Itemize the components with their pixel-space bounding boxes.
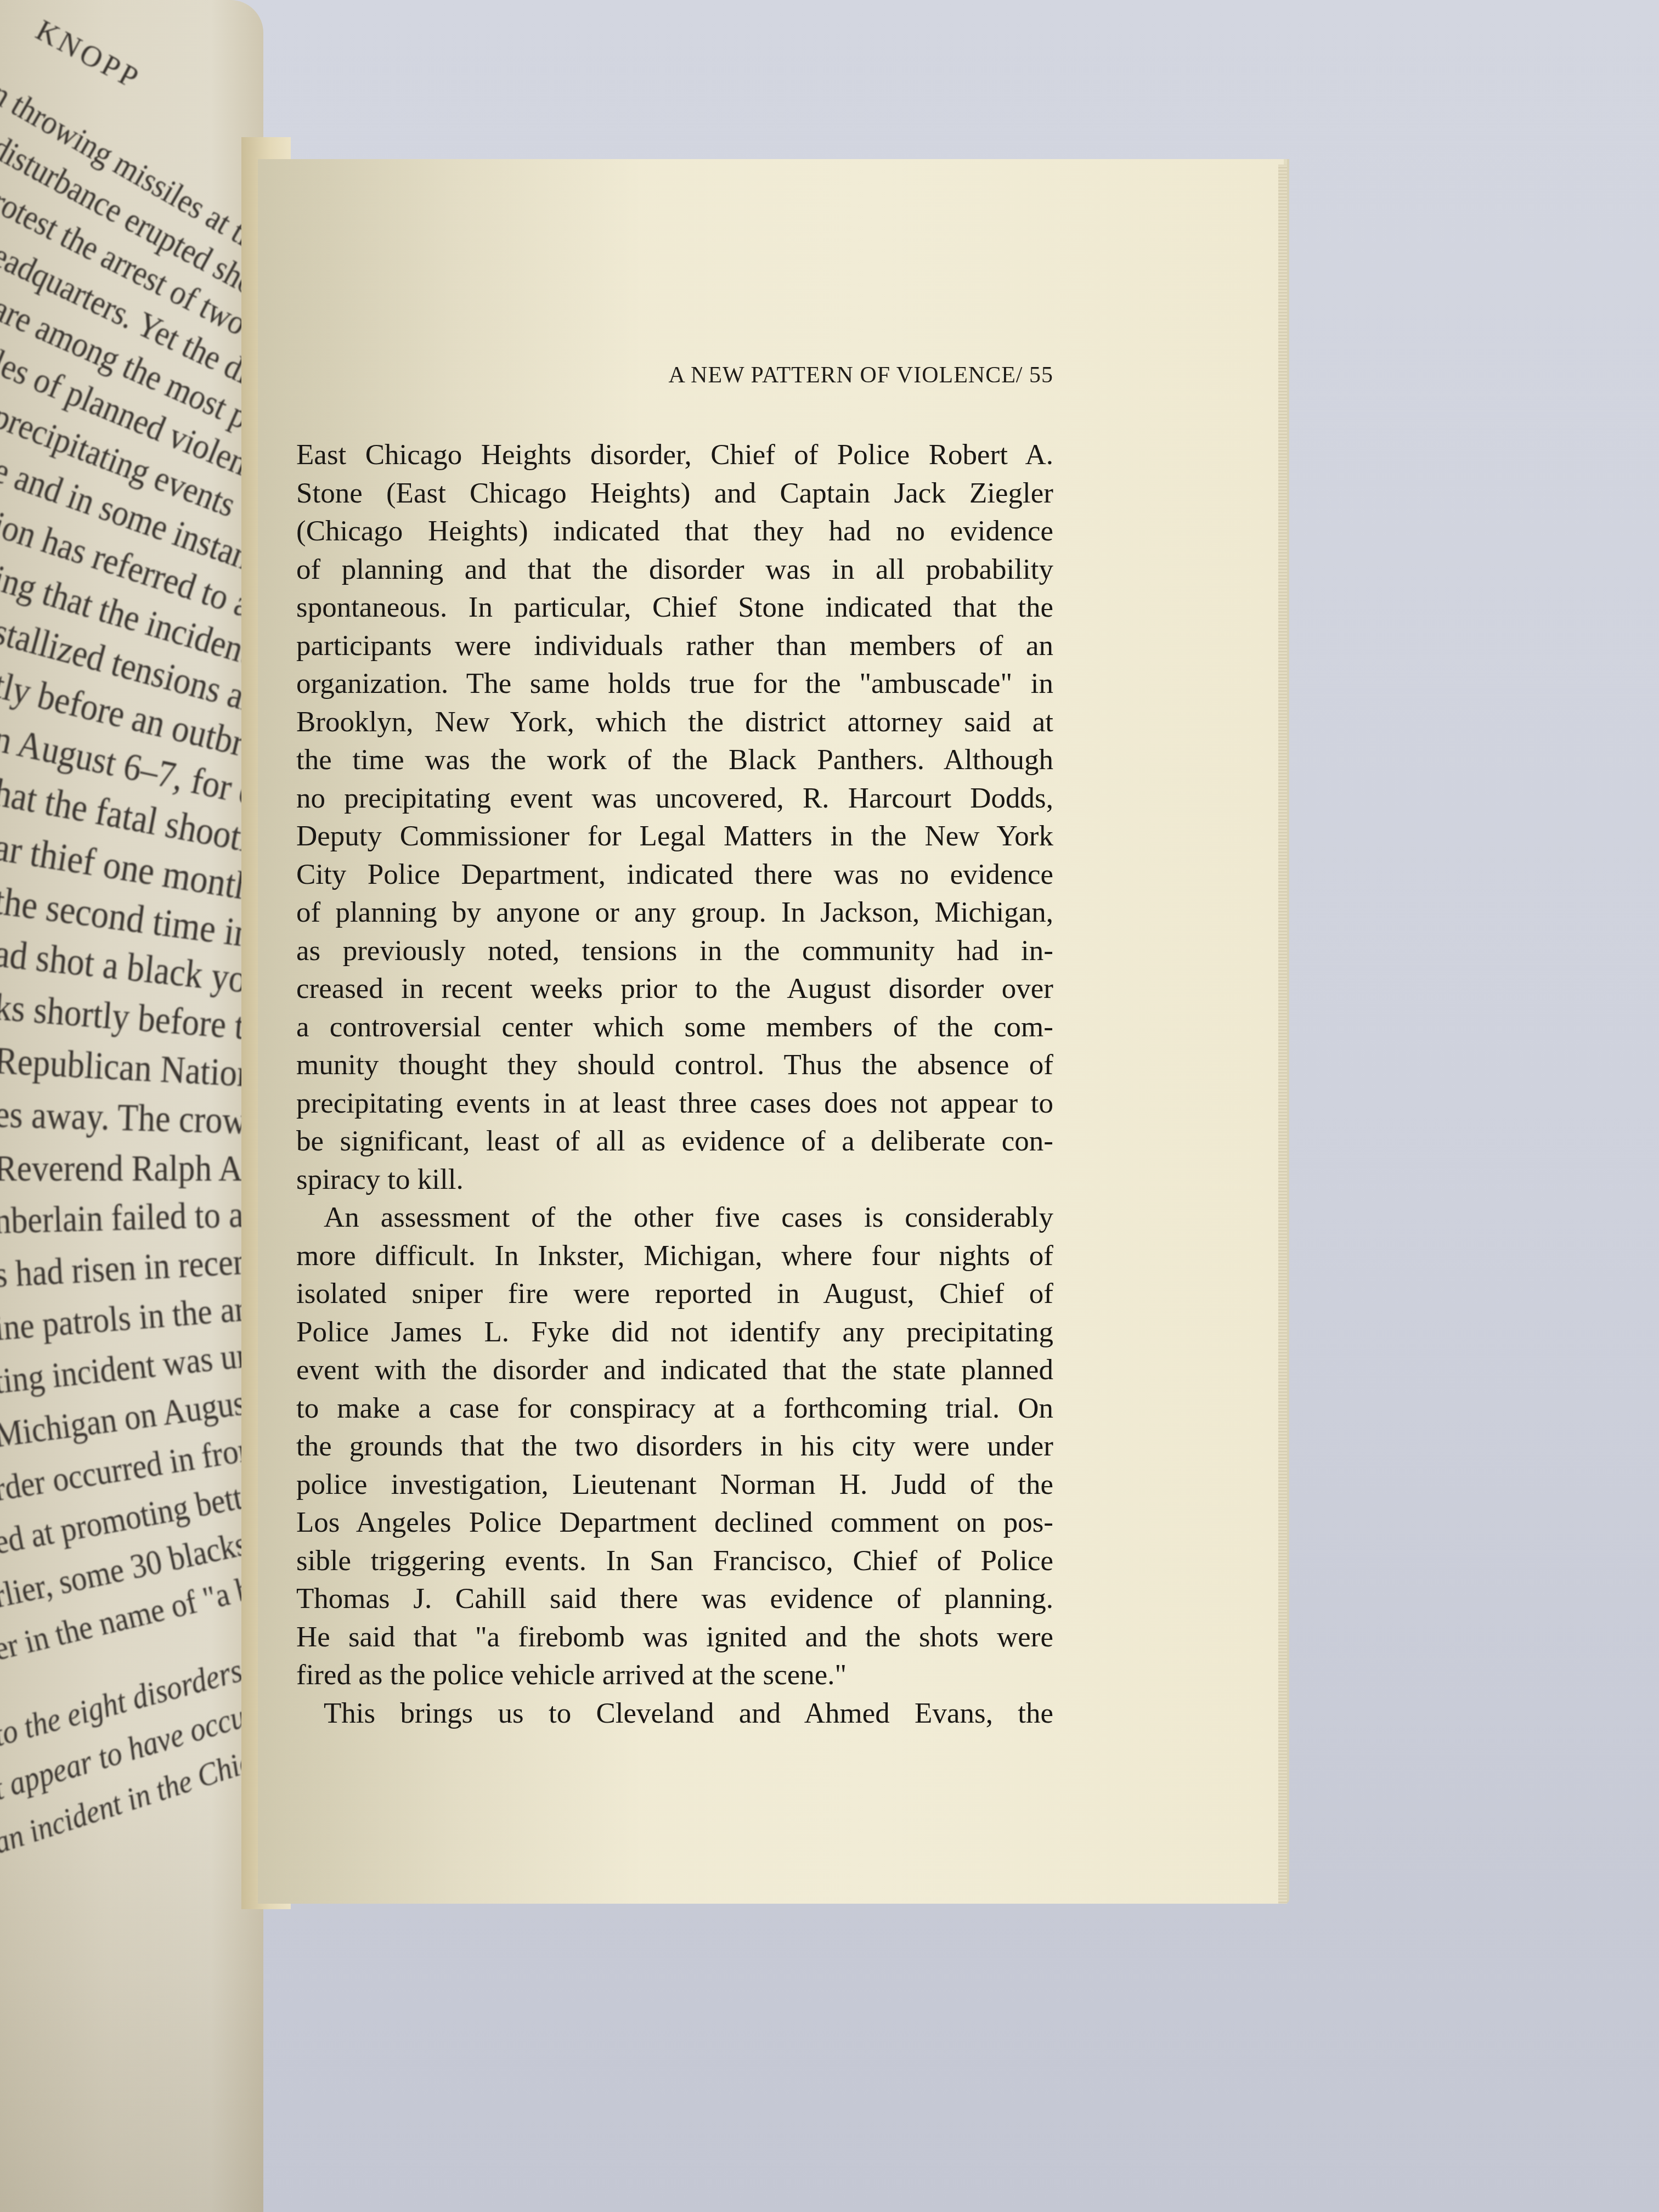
text-line: An assessment of the other five cases is… <box>296 1199 1053 1237</box>
text-line: fired as the police vehicle arrived at t… <box>296 1656 1053 1695</box>
text-line: of planning by anyone or any group. In J… <box>296 894 1053 932</box>
text-line: munity thought they should control. Thus… <box>296 1046 1053 1085</box>
text-line: He said that "a firebomb was ignited and… <box>296 1618 1053 1657</box>
text-line: organization. The same holds true for th… <box>296 665 1053 703</box>
text-line: event with the disorder and indicated th… <box>296 1351 1053 1390</box>
text-line: Stone (East Chicago Heights) and Captain… <box>296 475 1053 513</box>
body-text: East Chicago Heights disorder, Chief of … <box>296 436 1053 1733</box>
text-line: isolated sniper fire were reported in Au… <box>296 1275 1053 1313</box>
text-line: East Chicago Heights disorder, Chief of … <box>296 436 1053 475</box>
text-line: This brings us to Cleveland and Ahmed Ev… <box>296 1695 1053 1733</box>
text-line: more difficult. In Inkster, Michigan, wh… <box>296 1237 1053 1276</box>
left-page: KNOPPn throwing missiles at the podistur… <box>0 0 263 2212</box>
text-line: no precipitating event was uncovered, R.… <box>296 780 1053 818</box>
text-line: creased in recent weeks prior to the Aug… <box>296 970 1053 1008</box>
text-line: Brooklyn, New York, which the district a… <box>296 703 1053 742</box>
text-line: of planning and that the disorder was in… <box>296 551 1053 589</box>
text-line: the grounds that the two disorders in hi… <box>296 1427 1053 1466</box>
text-line: Police James L. Fyke did not identify an… <box>296 1313 1053 1352</box>
text-line: Los Angeles Police Department declined c… <box>296 1504 1053 1542</box>
running-head: A NEW PATTERN OF VIOLENCE/ 55 <box>603 362 1053 388</box>
text-line: the time was the work of the Black Panth… <box>296 741 1053 780</box>
text-line: Thomas J. Cahill said there was evidence… <box>296 1580 1053 1618</box>
text-line: City Police Department, indicated there … <box>296 856 1053 894</box>
text-line: spontaneous. In particular, Chief Stone … <box>296 589 1053 627</box>
text-line: precipitating events in at least three c… <box>296 1085 1053 1123</box>
text-line: as previously noted, tensions in the com… <box>296 932 1053 970</box>
text-line: sible triggering events. In San Francisc… <box>296 1542 1053 1581</box>
text-line: police investigation, Lieutenant Norman … <box>296 1466 1053 1504</box>
text-line: be significant, least of all as evidence… <box>296 1122 1053 1161</box>
page-curl-shadow <box>0 0 263 2212</box>
text-line: a controversial center which some member… <box>296 1008 1053 1047</box>
text-line: participants were individuals rather tha… <box>296 627 1053 665</box>
text-line: Deputy Commissioner for Legal Matters in… <box>296 817 1053 856</box>
text-line: (Chicago Heights) indicated that they ha… <box>296 512 1053 551</box>
text-line: to make a case for conspiracy at a forth… <box>296 1390 1053 1428</box>
page-stack-edge <box>1278 165 1287 1904</box>
text-line: spiracy to kill. <box>296 1161 1053 1199</box>
